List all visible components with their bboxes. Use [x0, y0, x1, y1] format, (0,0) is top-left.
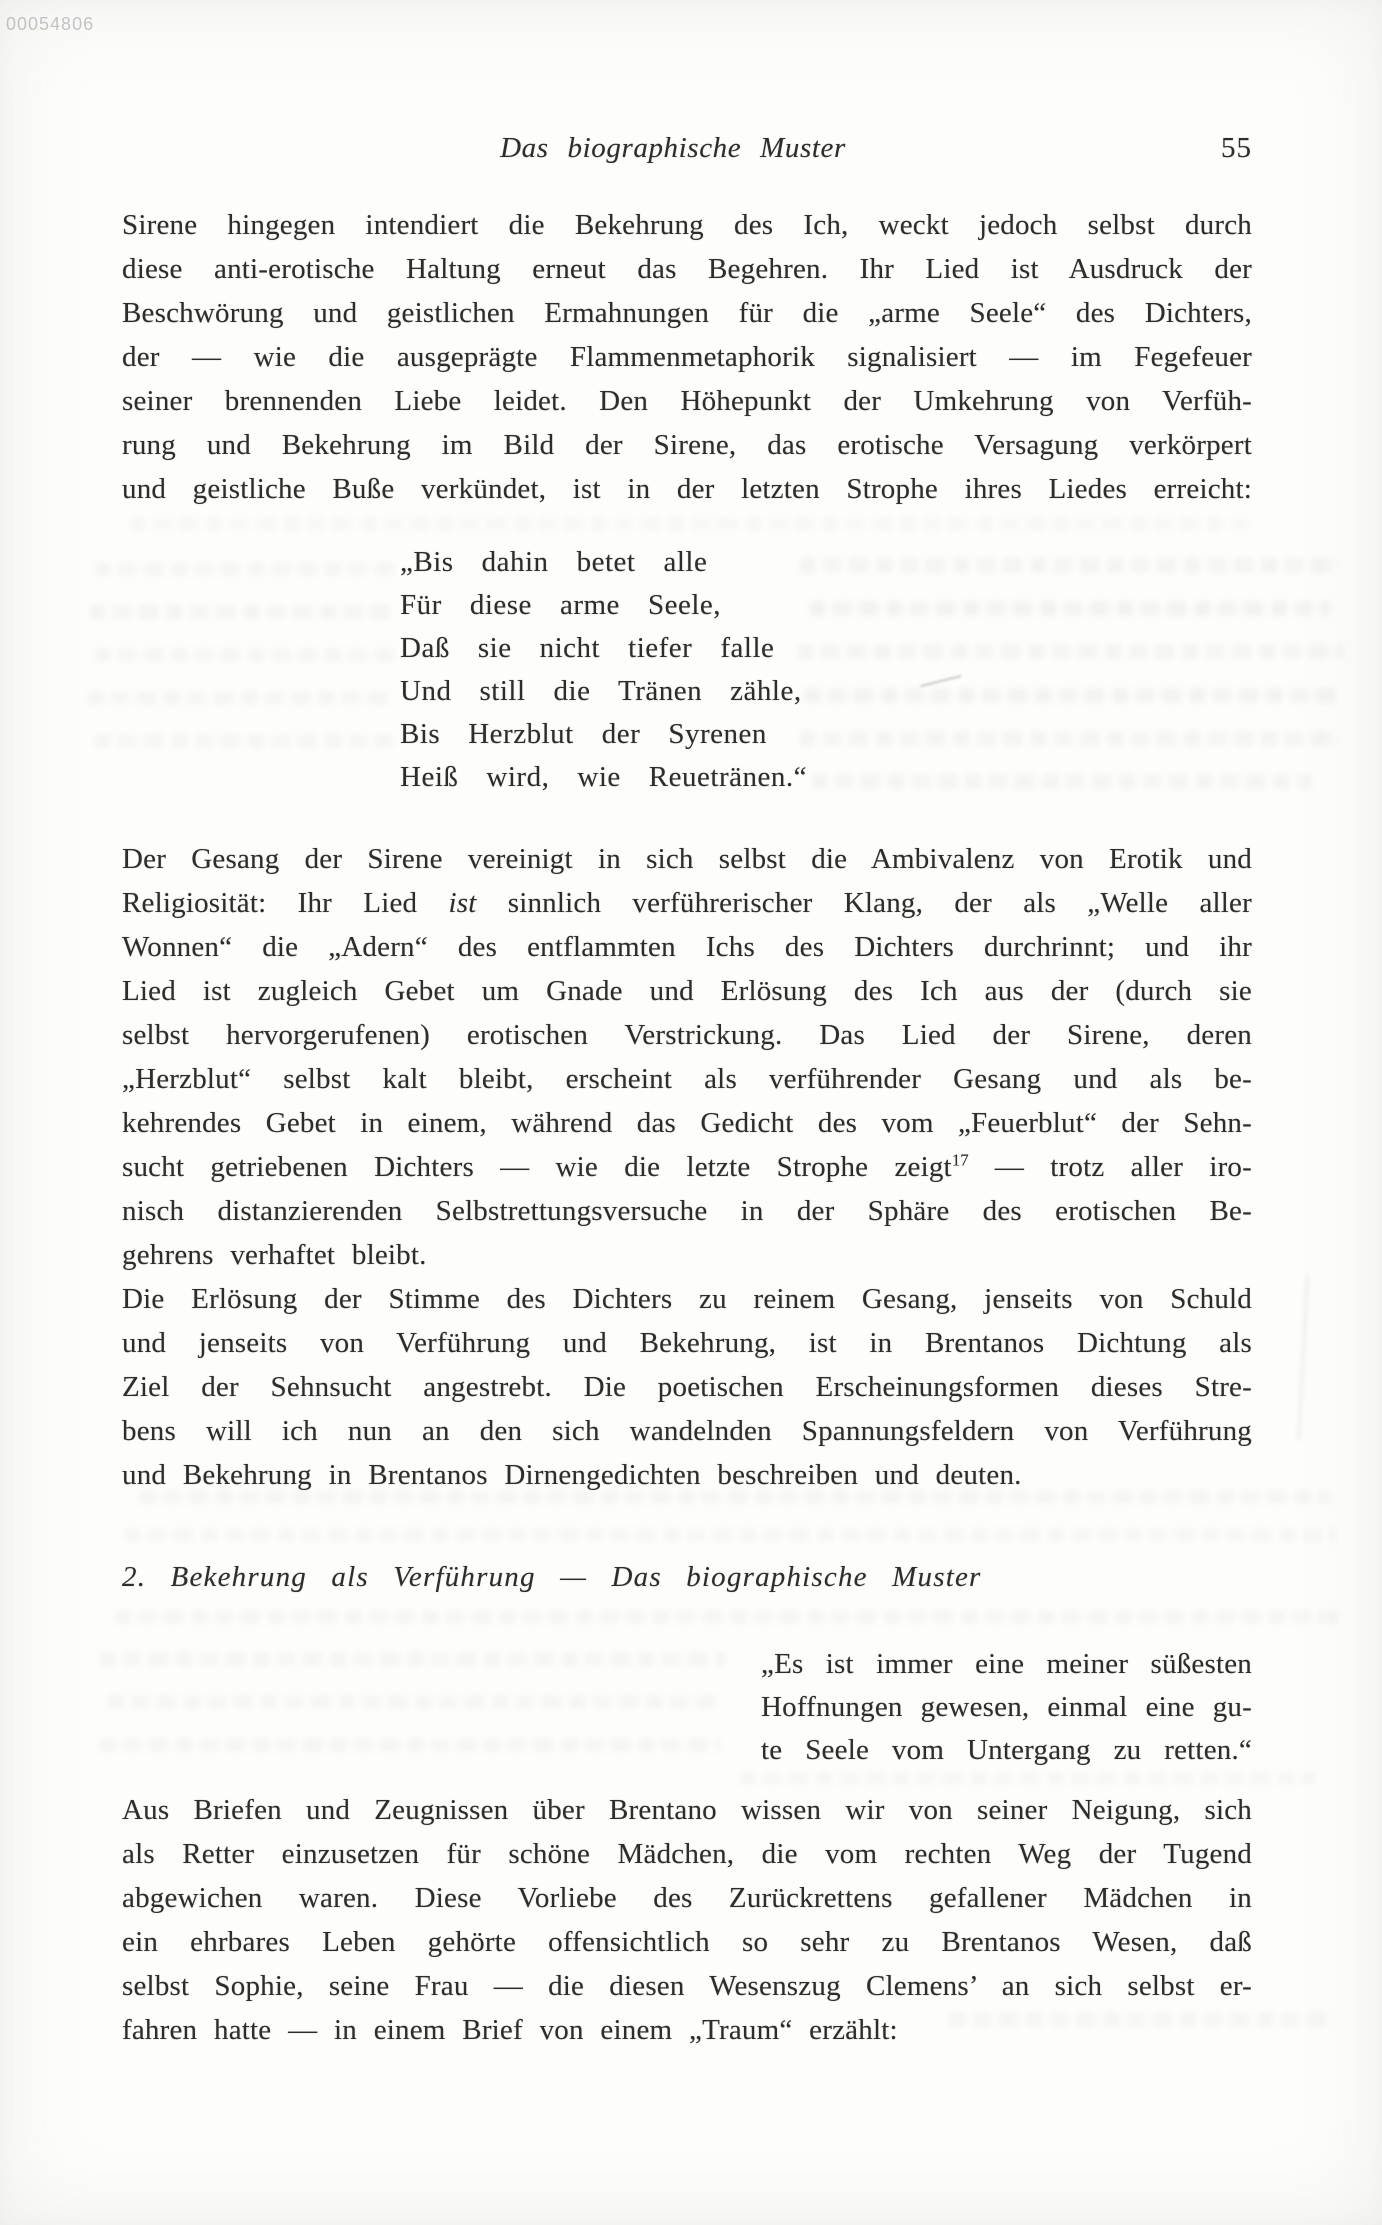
epigraph-line: te Seele vom Untergang zu retten.“ — [761, 1729, 1252, 1772]
poem-line: „Bis dahin betet alle — [400, 541, 1252, 584]
paragraph-1-line: Beschwörung und geistlichen Ermahnungen … — [122, 291, 1252, 335]
paragraph-3-line: Die Erlösung der Stimme des Dichters zu … — [122, 1277, 1252, 1321]
crease-mark — [1298, 1275, 1309, 1440]
paragraph-2-line: kehrendes Gebet in einem, während das Ge… — [122, 1101, 1252, 1145]
poem-line: Bis Herzblut der Syrenen — [400, 713, 1252, 756]
paragraph-2-line: gehrens verhaftet bleibt. — [122, 1233, 1252, 1277]
section-heading: 2. Bekehrung als Verführung — Das biogra… — [122, 1555, 1252, 1599]
epigraph-line: „Es ist immer eine meiner süßesten — [761, 1643, 1252, 1686]
epigraph-quote: „Es ist immer eine meiner süßestenHoffnu… — [761, 1643, 1252, 1772]
epigraph-line: Hoffnungen gewesen, einmal eine gu- — [761, 1686, 1252, 1729]
poem-line: Für diese arme Seele, — [400, 584, 1252, 627]
paragraph-4-line: ein ehrbares Leben gehörte offensichtlic… — [122, 1920, 1252, 1964]
scan-corner-number: 00054806 — [6, 14, 94, 35]
paragraph-4-line: fahren hatte — in einem Brief von einem … — [122, 2008, 1252, 2052]
paragraph-4-line: selbst Sophie, seine Frau — die diesen W… — [122, 1964, 1252, 2008]
poem-line: Und still die Tränen zähle, — [400, 670, 1252, 713]
paragraph-1-line: seiner brennenden Liebe leidet. Den Höhe… — [122, 379, 1252, 423]
paragraph-4-line: als Retter einzusetzen für schöne Mädche… — [122, 1832, 1252, 1876]
paragraph-2-line: „Herzblut“ selbst kalt bleibt, erscheint… — [122, 1057, 1252, 1101]
paragraph-2-line: selbst hervorgerufenen) erotischen Verst… — [122, 1013, 1252, 1057]
paragraph-1-line: Sirene hingegen intendiert die Bekehrung… — [122, 203, 1252, 247]
paragraph-1-line: und geistliche Buße verkündet, ist in de… — [122, 467, 1252, 511]
poem-block: „Bis dahin betet alleFür diese arme Seel… — [400, 541, 1252, 799]
paragraph-1-line: der — wie die ausgeprägte Flammenmetapho… — [122, 335, 1252, 379]
poem-line: Daß sie nicht tiefer falle — [400, 627, 1252, 670]
paragraph-2-line: sucht getriebenen Dichters — wie die let… — [122, 1145, 1252, 1189]
paragraph-3-line: Ziel der Sehnsucht angestrebt. Die poeti… — [122, 1365, 1252, 1409]
paragraph-2: Der Gesang der Sirene vereinigt in sich … — [122, 837, 1252, 1277]
paragraph-1-line: rung und Bekehrung im Bild der Sirene, d… — [122, 423, 1252, 467]
running-header: Das biographische Muster 55 — [122, 126, 1252, 170]
page-number: 55 — [1221, 126, 1252, 170]
paragraph-3: Die Erlösung der Stimme des Dichters zu … — [122, 1277, 1252, 1497]
paragraph-4-line: Aus Briefen und Zeugnissen über Brentano… — [122, 1788, 1252, 1832]
scanned-book-page: { "scan": { "corner_number": "00054806" … — [0, 0, 1382, 2225]
paragraph-2-line: Lied ist zugleich Gebet um Gnade und Erl… — [122, 969, 1252, 1013]
running-title: Das biographische Muster — [108, 126, 1238, 170]
paragraph-4-line: abgewichen waren. Diese Vorliebe des Zur… — [122, 1876, 1252, 1920]
paragraph-3-line: und Bekehrung in Brentanos Dirnengedicht… — [122, 1453, 1252, 1497]
paragraph-2-line: Religiosität: Ihr Lied ist sinnlich verf… — [122, 881, 1252, 925]
paragraph-1: Sirene hingegen intendiert die Bekehrung… — [122, 203, 1252, 511]
paragraph-2-line: nisch distanzierenden Selbstrettungsvers… — [122, 1189, 1252, 1233]
paragraph-2-line: Der Gesang der Sirene vereinigt in sich … — [122, 837, 1252, 881]
paragraph-2-line: Wonnen“ die „Adern“ des entflammten Ichs… — [122, 925, 1252, 969]
poem-line: Heiß wird, wie Reuetränen.“ — [400, 756, 1252, 799]
paragraph-1-line: diese anti-erotische Haltung erneut das … — [122, 247, 1252, 291]
paragraph-3-line: und jenseits von Verführung und Bekehrun… — [122, 1321, 1252, 1365]
paragraph-3-line: bens will ich nun an den sich wandelnden… — [122, 1409, 1252, 1453]
text-block: Sirene hingegen intendiert die Bekehrung… — [122, 203, 1252, 2052]
paragraph-4: Aus Briefen und Zeugnissen über Brentano… — [122, 1788, 1252, 2052]
